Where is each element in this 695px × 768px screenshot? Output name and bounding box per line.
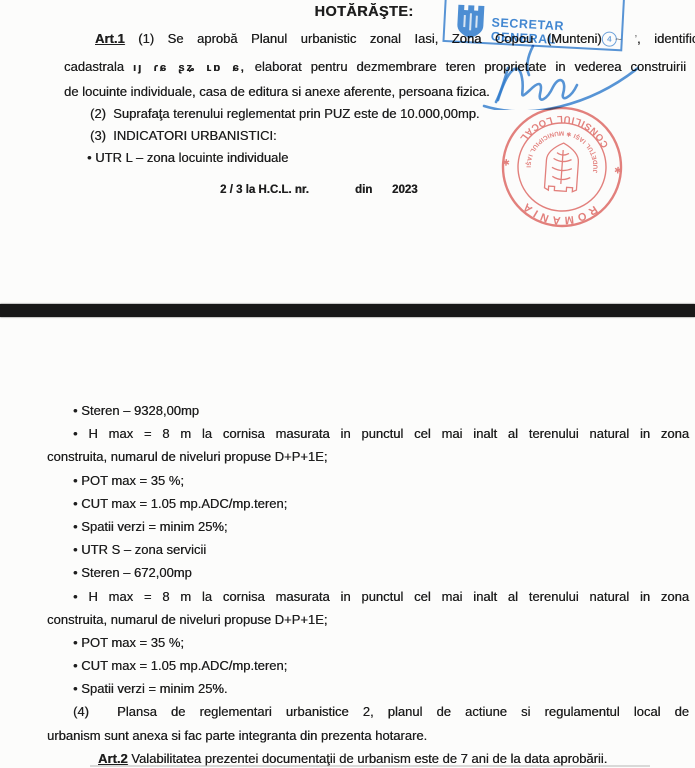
bullet-pot-s: • POT max = 35 %; — [47, 633, 689, 656]
coat-of-arms-icon — [455, 3, 487, 41]
bullet-hmax-l: • H max = 8 m la cornisa masurata in pun… — [47, 424, 689, 447]
hcl-reference-din: din — [355, 184, 372, 196]
seal-star-left: ✱ — [614, 165, 622, 176]
scan-artifact — [90, 765, 650, 767]
line2-lead: cadastrala — [64, 59, 124, 74]
hcl-reference-year: 2023 — [392, 184, 418, 196]
art1-label: Art.1 — [95, 31, 125, 46]
bullet-utr-s: • UTR S – zona servicii — [47, 540, 689, 563]
item-4-plansa: (4) Plansa de reglementari urbanistice 2… — [47, 702, 689, 725]
bullet-hmax-s: • H max = 8 m la cornisa masurata in pun… — [47, 587, 689, 610]
art2-text: Valabilitatea prezentei documentaţii de … — [131, 751, 607, 766]
hmax-l-cont: construita, numarul de niveluri propuse … — [47, 447, 689, 470]
hcl-reference: 2 / 3 la H.C.L. nr. — [220, 184, 309, 196]
redacted-cadastral-number: ıȷ ɾɕ ʂʑ ʟɒ ɕ, — [133, 62, 246, 74]
signature — [478, 42, 648, 110]
bullet-cut-s: • CUT max = 1.05 mp.ADC/mp.teren; — [47, 656, 689, 679]
seal-star-right: ✱ — [502, 157, 510, 168]
art2-label: Art.2 — [98, 751, 128, 766]
hmax-s-cont: construita, numarul de niveluri propuse … — [47, 610, 689, 633]
item-4-cont: urbanism sunt anexa si fac parte integra… — [47, 726, 689, 749]
scanned-document-page: HOTĂRĂŞTE: Art.1 (1) Se aprobă Planul ur… — [0, 0, 695, 768]
bullet-steren-l: • Steren – 9328,00mp — [47, 401, 689, 424]
bullet-pot-l: • POT max = 35 %; — [47, 471, 689, 494]
page2-body: • Steren – 9328,00mp • H max = 8 m la co… — [47, 401, 689, 768]
bullet-cut-l: • CUT max = 1.05 mp.ADC/mp.teren; — [47, 494, 689, 517]
bullet-steren-s: • Steren – 672,00mp — [47, 563, 689, 586]
round-seal: ROMÂNIA CONSILIUL LOCAL JUDEŢUL IAŞI ✱ M… — [497, 102, 627, 232]
seal-coat-of-arms-icon — [544, 142, 579, 192]
page-break-bar — [0, 304, 695, 317]
bullet-verzi-s: • Spatii verzi = minim 25%. — [47, 679, 689, 702]
bullet-verzi-l: • Spatii verzi = minim 25%; — [47, 517, 689, 540]
